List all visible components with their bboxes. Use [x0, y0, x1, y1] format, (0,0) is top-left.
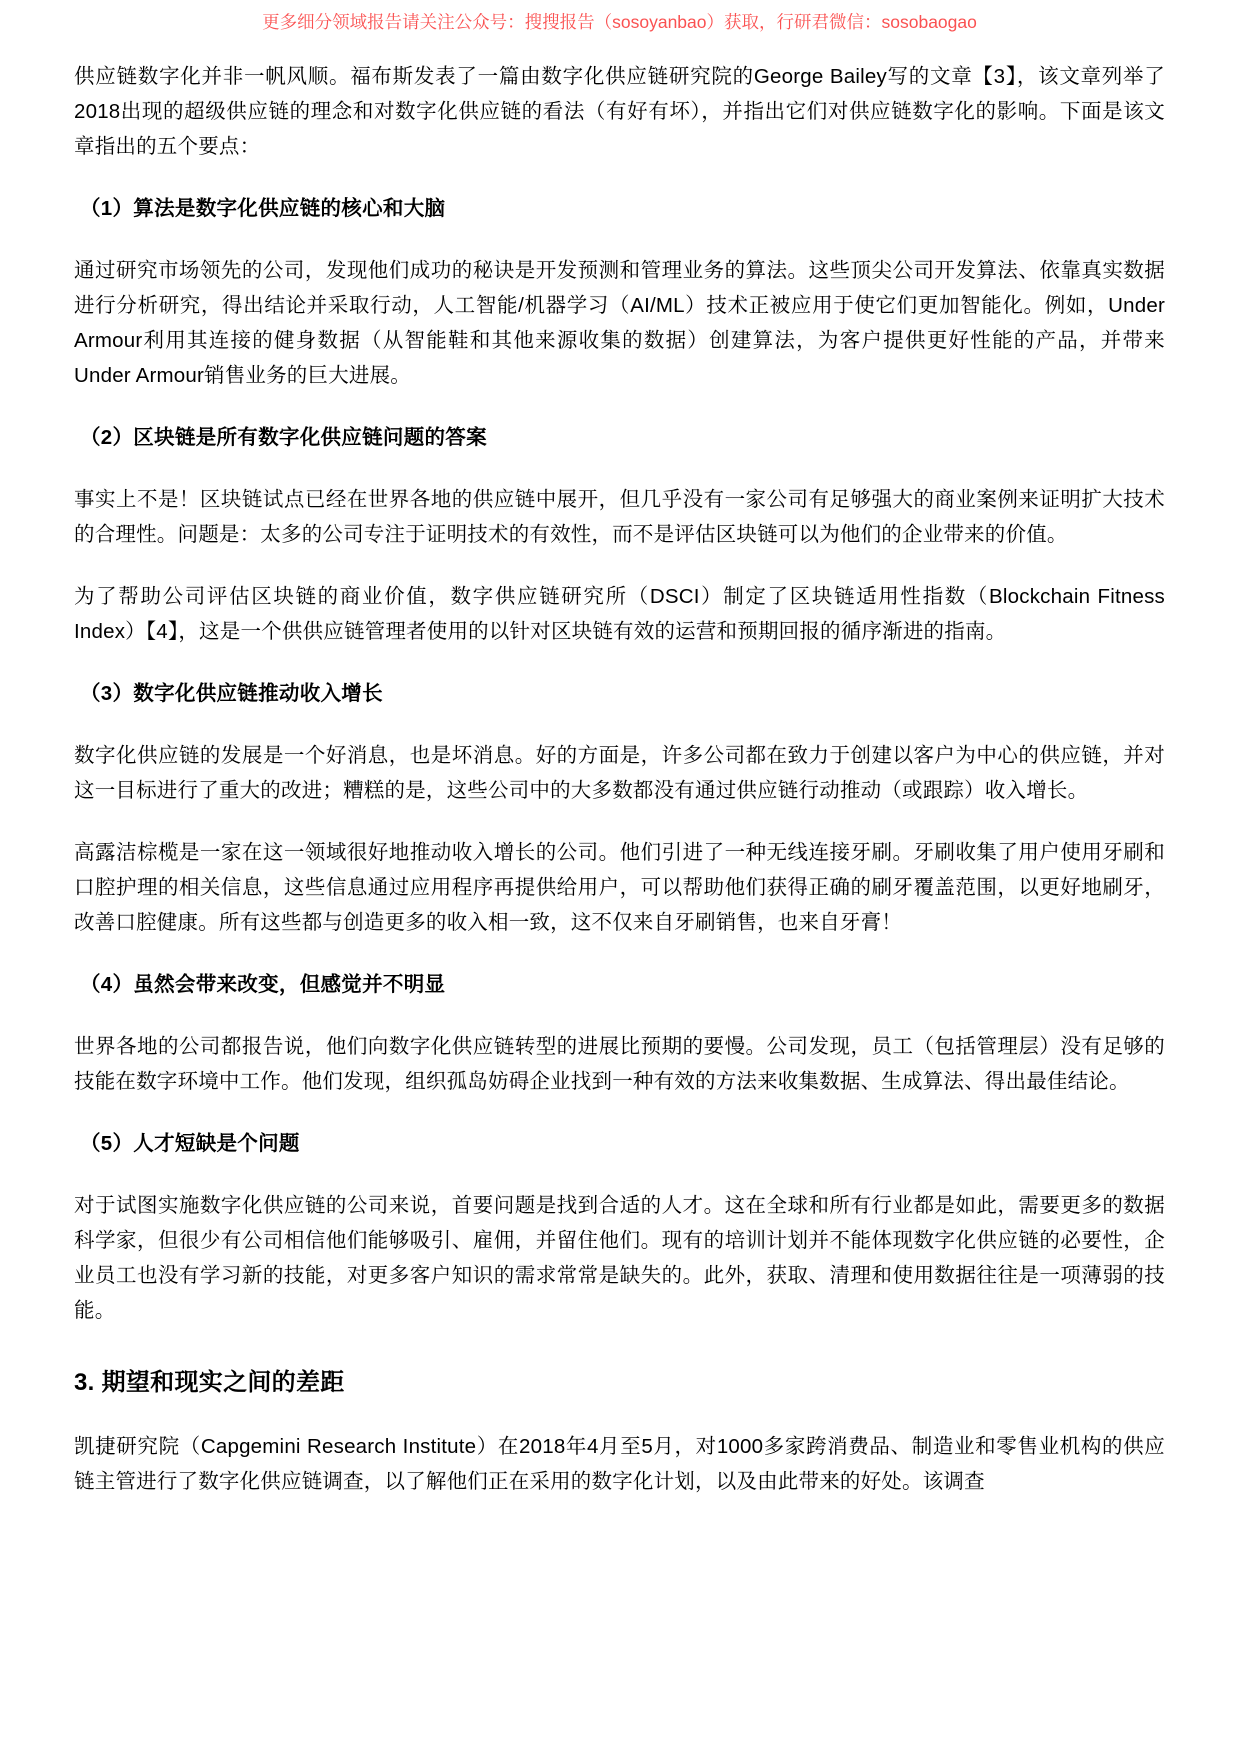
section-4-heading: （4）虽然会带来改变，但感觉并不明显: [74, 967, 1165, 1002]
document-page: 更多细分领域报告请关注公众号：搜搜报告（sosoyanbao）获取，行研君微信：…: [0, 0, 1239, 1754]
section-2-paragraph-2: 为了帮助公司评估区块链的商业价值，数字供应链研究所（DSCI）制定了区块链适用性…: [74, 579, 1165, 649]
intro-paragraph: 供应链数字化并非一帆风顺。福布斯发表了一篇由数字化供应链研究院的George B…: [74, 59, 1165, 164]
chapter-3-paragraph: 凯捷研究院（Capgemini Research Institute）在2018…: [74, 1429, 1165, 1499]
section-5-heading: （5）人才短缺是个问题: [74, 1126, 1165, 1161]
section-3-heading: （3）数字化供应链推动收入增长: [74, 676, 1165, 711]
chapter-3-heading: 3. 期望和现实之间的差距: [74, 1366, 1165, 1400]
promo-notice-banner: 更多细分领域报告请关注公众号：搜搜报告（sosoyanbao）获取，行研君微信：…: [74, 10, 1165, 34]
section-4-paragraph-1: 世界各地的公司都报告说，他们向数字化供应链转型的进展比预期的要慢。公司发现，员工…: [74, 1029, 1165, 1099]
section-2-heading: （2）区块链是所有数字化供应链问题的答案: [74, 420, 1165, 455]
section-1-paragraph-1: 通过研究市场领先的公司，发现他们成功的秘诀是开发预测和管理业务的算法。这些顶尖公…: [74, 253, 1165, 393]
section-3-paragraph-2: 高露洁棕榄是一家在这一领域很好地推动收入增长的公司。他们引进了一种无线连接牙刷。…: [74, 835, 1165, 940]
section-5-paragraph-1: 对于试图实施数字化供应链的公司来说，首要问题是找到合适的人才。这在全球和所有行业…: [74, 1188, 1165, 1328]
section-3-paragraph-1: 数字化供应链的发展是一个好消息，也是坏消息。好的方面是，许多公司都在致力于创建以…: [74, 738, 1165, 808]
section-1-heading: （1）算法是数字化供应链的核心和大脑: [74, 191, 1165, 226]
section-2-paragraph-1: 事实上不是！区块链试点已经在世界各地的供应链中展开，但几乎没有一家公司有足够强大…: [74, 482, 1165, 552]
